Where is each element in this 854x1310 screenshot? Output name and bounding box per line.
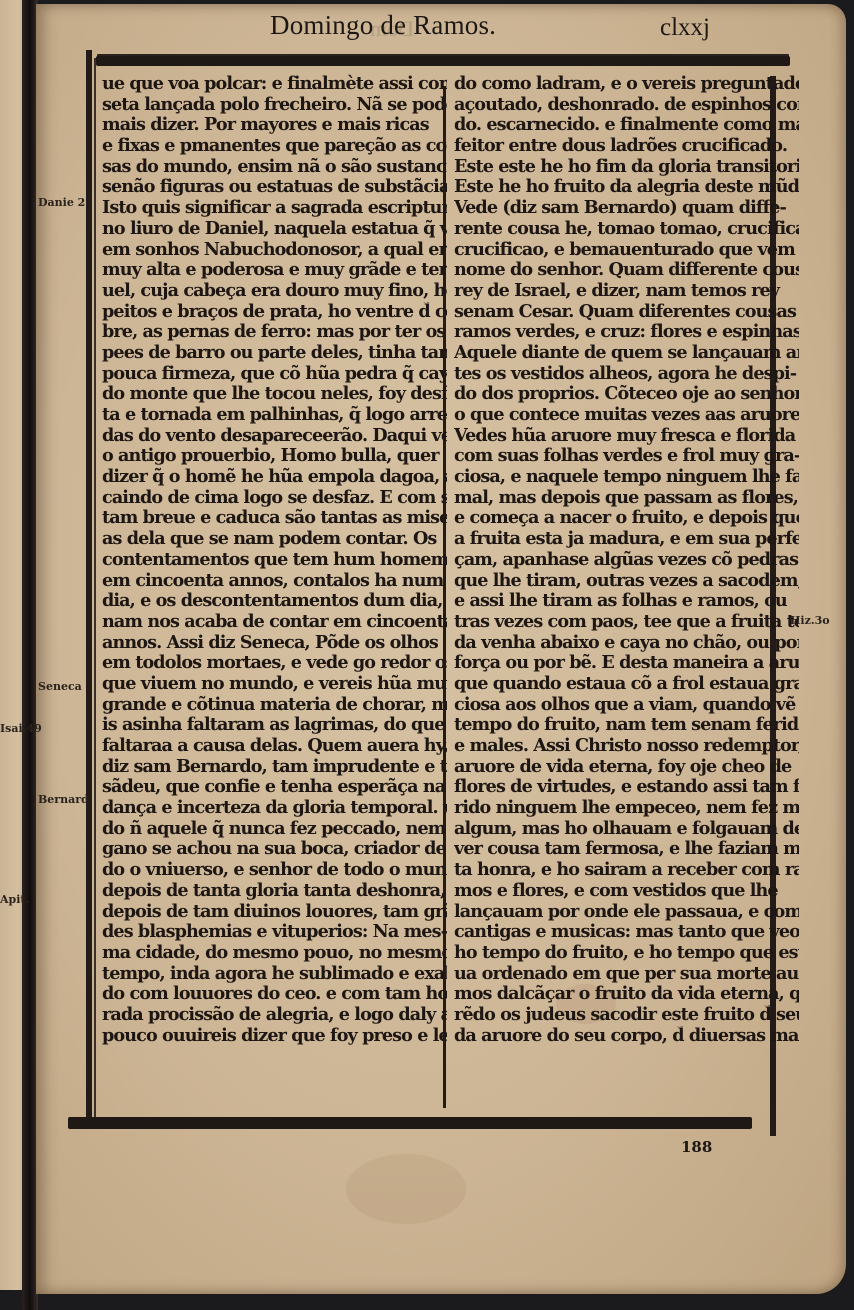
text-line: no liuro de Daniel, naquela estatua q̃ v… [102,219,447,240]
text-line: lançauam por onde ele passaua, e com [454,902,799,923]
text-line: algum, mas ho olhauam e folgauam de [454,819,799,840]
text-line: das do vento desapareceerão. Daqui veo [102,426,447,447]
text-line: dança e incerteza da gloria temporal. vẽ [102,798,447,819]
text-line: peitos e braços de prata, ho ventre d̃ c… [102,302,447,323]
signature-mark: 188 [681,1138,712,1156]
text-line: grande e cõtinua materia de chorar, ma- [102,695,447,716]
text-line: caindo de cima logo se desfaz. E com ser [102,488,447,509]
text-line: Aquele diante de quem se lançauam an [454,343,799,364]
text-line: que lhe tiram, outras vezes a sacodem, [454,571,799,592]
text-line: ta e tornada em palhinhas, q̃ logo arreb… [102,405,447,426]
text-line: rido ninguem lhe empeceo, nem fez mal [454,798,799,819]
top-rule [96,56,790,66]
text-line: sas do mundo, ensim nã o são sustancias. [102,157,447,178]
text-line: aruore de vida eterna, foy oje cheo de [454,757,799,778]
text-line: e fixas e pmanentes que pareção as cou [102,136,447,157]
text-line: senão figuras ou estatuas de substãcias. [102,177,447,198]
marginal-note: Bernard [38,793,89,806]
marginal-note: Seneca [38,680,82,693]
running-title: Domingo de Ramos. [270,10,496,41]
text-line: Este he ho fruito da alegria deste mũdo. [454,177,799,198]
text-line: sãdeu, que confie e tenha esperãça na mu [102,777,447,798]
left-text-column: ue que voa polcar: e finalmète assi como… [102,74,447,1046]
text-line: seta lançada polo frecheiro. Nã se pode [102,95,447,116]
text-line: nome do senhor. Quam differente cousa, [454,260,799,281]
text-line: da aruore do seu corpo, d̃ diuersas mane… [454,1026,799,1047]
text-line: crucificao, e bemauenturado que vem no [454,240,799,261]
folio-number: clxxj [660,14,710,42]
text-line: senam Cesar. Quam diferentes cousas [454,302,799,323]
text-line: do monte que lhe tocou neles, foy desfei… [102,384,447,405]
text-line: em cincoenta annos, contalos ha num [102,571,447,592]
text-line: que viuem no mundo, e vereis hũa muy [102,674,447,695]
text-line: da venha abaixo e caya no chão, ou por [454,633,799,654]
text-line: ho tempo do fruito, e ho tempo que esta [454,943,799,964]
text-line: do com louuores do ceo. e com tam hon- [102,984,447,1005]
text-line: as dela que se nam podem contar. Os [102,529,447,550]
text-line: pees de barro ou parte deles, tinha tam [102,343,447,364]
text-line: em todolos mortaes, e vede go redor os [102,653,447,674]
text-line: com suas folhas verdes e frol muy gra- [454,446,799,467]
text-line: mais dizer. Por mayores e mais ricas [102,115,447,136]
paper-stain [346,1154,466,1224]
text-line: tempo, inda agora he sublimado e exalça [102,964,447,985]
right-text-column: do como ladram, e o vereis preguntadoaço… [454,74,799,1046]
text-line: ma cidade, do mesmo pouo, no mesmo [102,943,447,964]
marginal-note: Apit. [0,893,29,906]
text-line: do ñ aquele q̃ nunca fez peccado, nem en [102,819,447,840]
text-line: faltaraa a causa delas. Quem auera hy, [102,736,447,757]
text-line: força ou por bẽ. E desta maneira a aruor… [454,653,799,674]
text-line: mos e flores, e com vestidos que lhe [454,881,799,902]
text-line: depois de tanta gloria tanta deshonra, e [102,881,447,902]
text-line: do dos proprios. Cõteceo oje ao senhor [454,384,799,405]
text-line: a fruita esta ja madura, e em sua perfei… [454,529,799,550]
text-line: Vedes hũa aruore muy fresca e florida [454,426,799,447]
text-line: flores de virtudes, e estando assi tam f… [454,777,799,798]
text-line: pouca firmeza, que cõ hũa pedra q̃ cayo [102,364,447,385]
text-line: depois de tam diuinos louores, tam grã [102,902,447,923]
text-line: is asinha faltaram as lagrimas, do que [102,715,447,736]
text-line: cantigas e musicas: mas tanto que veo [454,922,799,943]
text-line: çam, apanhase algũas vezes cõ pedras [454,550,799,571]
text-line: ramos verdes, e cruz: flores e espinhas. [454,322,799,343]
left-frame-inner-rule [94,58,96,1118]
text-line: açoutado, deshonrado. de espinhos coroa [454,95,799,116]
text-line: nam nos acaba de contar em cincoenta [102,612,447,633]
text-line: rey de Israel, e dizer, nam temos rey [454,281,799,302]
text-line: do o vniuerso, e senhor de todo o mundo [102,860,447,881]
text-line: em sonhos Nabuchodonosor, a qual era [102,240,447,261]
text-line: bre, as pernas de ferro: mas por ter os [102,322,447,343]
text-line: rẽdo os judeus sacodir este fruito d̃ se… [454,1005,799,1026]
text-line: tam breue e caduca são tantas as miseri [102,508,447,529]
text-line: tes os vestidos alheos, agora he despi- [454,364,799,385]
text-line: dia, e os descontentamentos dum dia, [102,591,447,612]
text-line: e começa a nacer o fruito, e depois que [454,508,799,529]
text-line: gano se achou na sua boca, criador de to [102,839,447,860]
text-line: contentamentos que tem hum homem [102,550,447,571]
left-frame-rule [86,50,92,1120]
text-line: do como ladram, e o vereis preguntado [454,74,799,95]
text-line: mal, mas depois que passam as flores, [454,488,799,509]
text-line: muy alta e poderosa e muy grãde e terri [102,260,447,281]
text-line: ue que voa polcar: e finalmète assi como [102,74,447,95]
text-line: Vede (diz sam Bernardo) quam diffe- [454,198,799,219]
text-line: Este este he ho fim da gloria transitori… [454,157,799,178]
text-line: ta honra, e ho sairam a receber com ra- [454,860,799,881]
text-line: dizer q̃ o homẽ he hũa empola dagoa, a q… [102,467,447,488]
text-line: tras vezes com paos, tee que a fruita to [454,612,799,633]
text-line: ciosa, e naquele tempo ninguem lhe faz [454,467,799,488]
text-line: o que contece muitas vezes aas aruores. [454,405,799,426]
text-line: des blasphemias e vituperios: Na mes- [102,922,447,943]
text-line: Isto quis significar a sagrada escriptur… [102,198,447,219]
text-line: ua ordenado em que per sua morte auia [454,964,799,985]
marginal-note: Danie 2 [38,196,85,209]
text-line: uel, cuja cabeça era douro muy fino, hos [102,281,447,302]
text-line: tempo do fruito, nam tem senam feridas [454,715,799,736]
text-line: o antigo prouerbio, Homo bulla, quer [102,446,447,467]
bottom-rule [68,1117,752,1129]
text-line: que quando estaua cõ a frol estaua gra- [454,674,799,695]
text-line: ver cousa tam fermosa, e lhe faziam mui [454,839,799,860]
text-line: pouco ouuireis dizer que foy preso e leu… [102,1026,447,1047]
text-line: rente cousa he, tomao tomao, crucificao [454,219,799,240]
text-line: do. escarnecido. e finalmente como mal- [454,115,799,136]
marginal-note: Isai.49 [0,722,42,735]
text-line: feitor entre dous ladrões crucificado. [454,136,799,157]
text-line: annos. Assi diz Seneca, Põde os olhos [102,633,447,654]
text-line: ciosa aos olhos que a viam, quando vẽ o [454,695,799,716]
text-line: mos dalcãçar o fruito da vida eterna, qu… [454,984,799,1005]
text-line: diz sam Bernardo, tam imprudente e tã [102,757,447,778]
text-line: e males. Assi Christo nosso redemptor, [454,736,799,757]
text-line: e assi lhe tiram as folhas e ramos, ou [454,591,799,612]
text-line: rada procissão de alegria, e logo daly a [102,1005,447,1026]
